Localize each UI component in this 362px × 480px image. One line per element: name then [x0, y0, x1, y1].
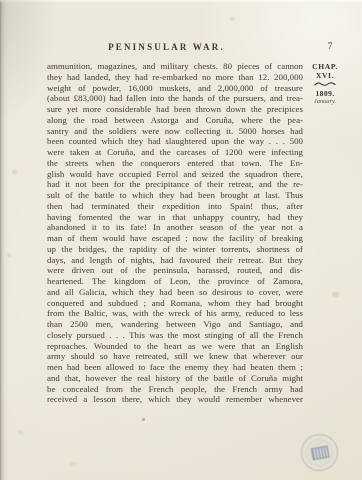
- text-line: had it not been for the precipitance of …: [47, 179, 303, 190]
- text-line: reproaches. Wounded to the heart as we w…: [47, 341, 303, 352]
- text-line: weight of powder, 16,000 muskets, and 2,…: [47, 83, 303, 94]
- text-line: heartened. The kingdom of Leon, the prov…: [47, 276, 303, 287]
- text-line: were driven out of the peninsula, harass…: [47, 265, 303, 276]
- running-header: PENINSULAR WAR.: [39, 42, 294, 52]
- text-line: from the Baltic, was, with the wreck of …: [47, 308, 303, 319]
- text-line: having fomented the war in that unhappy …: [47, 212, 303, 223]
- page-number: 7: [320, 42, 340, 52]
- text-line: been counted which they had slaughtered …: [47, 136, 303, 147]
- text-line: days, and length of nights, had favoured…: [47, 255, 303, 266]
- text-line: glish would have occupied Ferrol and sei…: [47, 169, 303, 180]
- text-line: ammunition, magazines, and military ches…: [47, 61, 303, 72]
- paper-spot: [332, 292, 339, 297]
- scanned-book-page: PENINSULAR WAR. 7 ammunition, magazines,…: [0, 0, 362, 480]
- text-line: then had terminated their expedition int…: [47, 201, 303, 212]
- library-stamp: [298, 431, 341, 474]
- text-line: than 2500 men, wandering between Vigo an…: [47, 319, 303, 330]
- chapter-label: CHAP.: [302, 62, 348, 71]
- text-line: (about £83,000) had fallen into the hand…: [47, 93, 303, 104]
- paper-spot: [142, 418, 145, 421]
- text-line: the streets when the conquerors entered …: [47, 158, 303, 169]
- paper-spot: [7, 253, 11, 257]
- paper-spot: [230, 17, 235, 21]
- text-line: and that, however the real history of th…: [47, 373, 303, 384]
- paper-spot: [18, 430, 23, 435]
- text-line: sure yet more considerable had been thro…: [47, 104, 303, 115]
- paper-spot: [70, 462, 76, 466]
- paper-spot: [12, 170, 17, 174]
- scan-edge-left: [0, 0, 9, 480]
- text-line: abandoned it to its fate! In another sea…: [47, 222, 303, 233]
- margin-notes: CHAP. XVI. 1809. January.: [302, 62, 348, 106]
- text-line: be concealed from the French people, the…: [47, 384, 303, 395]
- text-line: received a lesson there, which they woul…: [47, 394, 303, 405]
- text-line: santry and the soldiers were now collect…: [47, 126, 303, 137]
- text-line: were taken at Coruña, and the carcases o…: [47, 147, 303, 158]
- text-line: and all Galicia, which they had been so …: [47, 287, 303, 298]
- text-line: men had been allowed to face the enemy t…: [47, 362, 303, 373]
- chapter-numeral: XVI.: [302, 71, 348, 80]
- body-text: ammunition, magazines, and military ches…: [47, 61, 303, 405]
- year-label: 1809.: [302, 89, 348, 98]
- text-line: along the road between Astorga and Coruñ…: [47, 115, 303, 126]
- squiggle-divider-icon: [314, 81, 336, 87]
- scan-edge-top: [0, 0, 362, 4]
- text-line: man of them would have escaped ; now the…: [47, 233, 303, 244]
- text-line: army should so have retreated, still we …: [47, 351, 303, 362]
- month-label: January.: [302, 98, 348, 106]
- text-line: they had landed, they had re-embarked no…: [47, 72, 303, 83]
- text-line: closely pursued . . . This was the most …: [47, 330, 303, 341]
- text-line: up the bridges, the rapidity of the wint…: [47, 244, 303, 255]
- text-line: conquered and subdued ; and Romana, whom…: [47, 298, 303, 309]
- text-line: sult of the battle to which they had bee…: [47, 190, 303, 201]
